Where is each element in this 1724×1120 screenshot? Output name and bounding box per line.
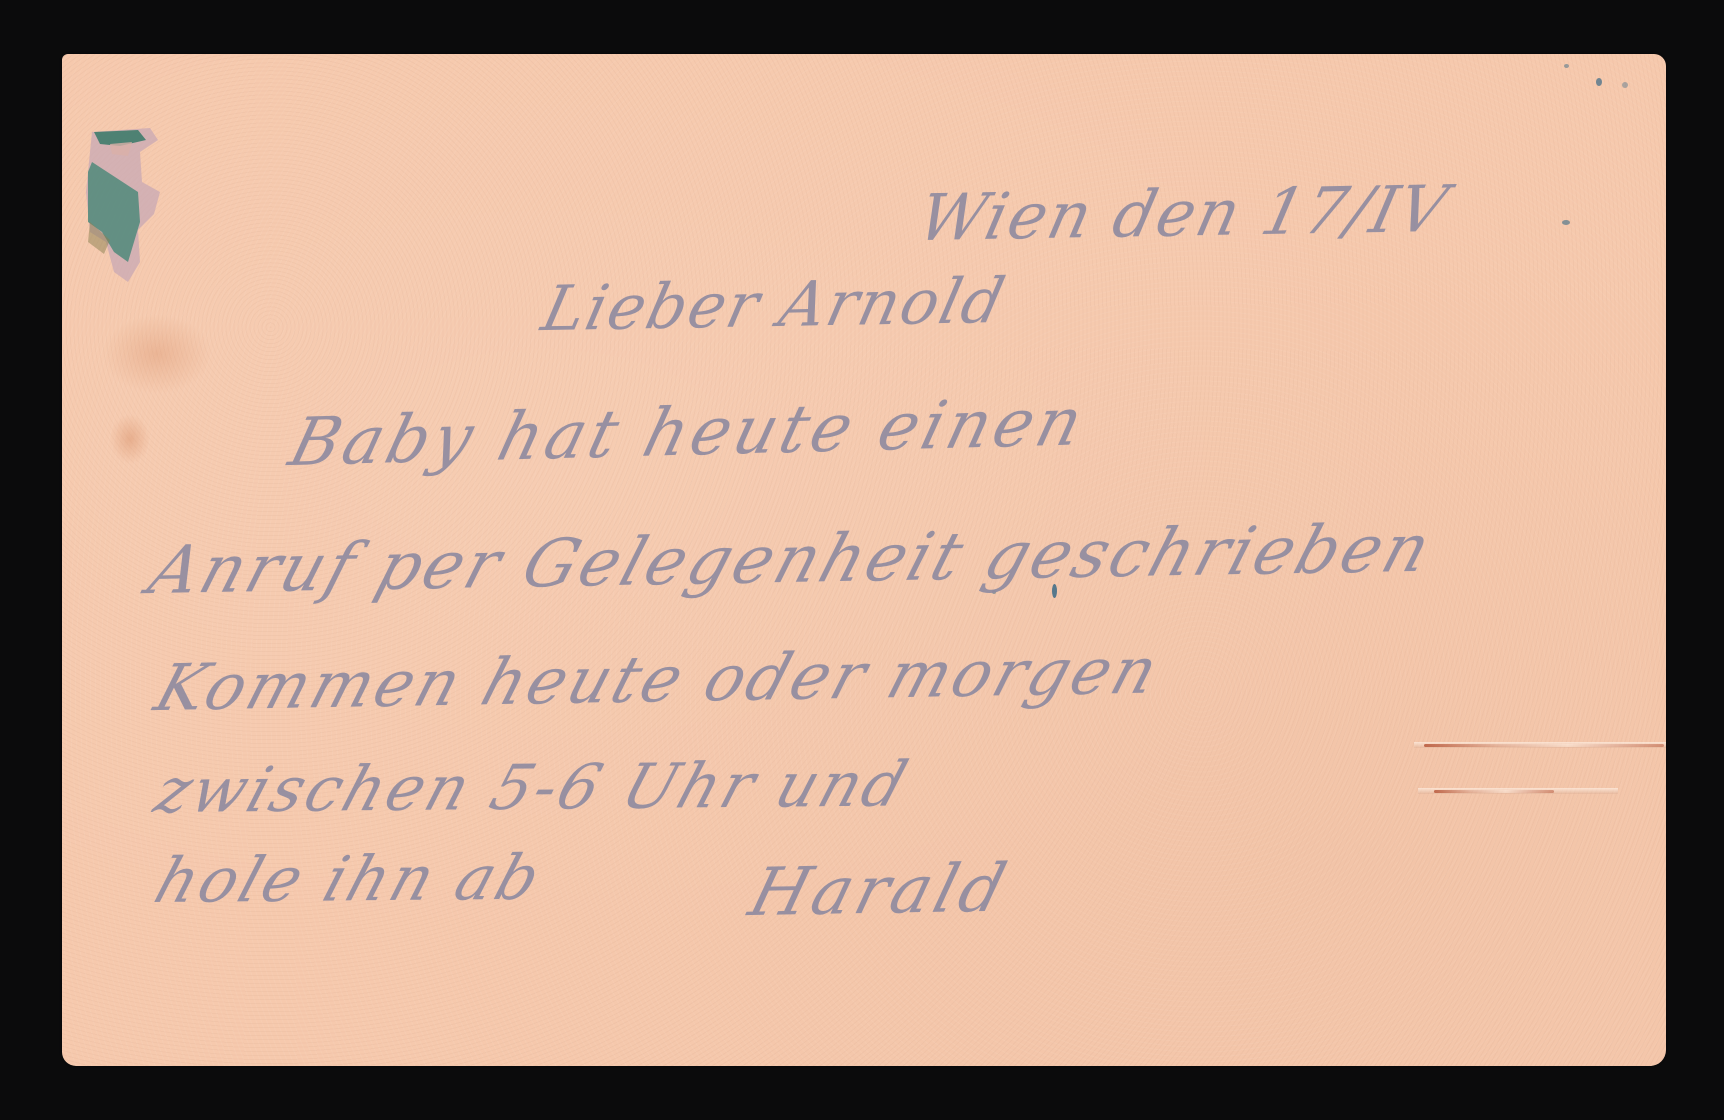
ink-fleck	[1562, 220, 1570, 225]
body-line: Baby hat heute einen	[282, 383, 1094, 481]
crease-stain	[1424, 744, 1664, 747]
scan-background: Wien den 17/IV Lieber Arnold Baby hat he…	[0, 0, 1724, 1120]
rust-stain	[102, 314, 212, 394]
stamp-remnant-icon	[80, 122, 170, 312]
date-line: Wien den 17/IV	[911, 173, 1456, 257]
crease-stain	[1434, 790, 1554, 793]
body-line: hole ihn ab	[146, 841, 552, 918]
body-line: zwischen 5-6 Uhr und	[146, 747, 918, 827]
rust-stain	[110, 414, 150, 464]
greeting: Lieber Arnold	[536, 264, 1013, 345]
ink-fleck	[1564, 64, 1569, 68]
signature: Harald	[742, 849, 1018, 931]
body-line: Kommen heute oder morgen	[147, 634, 1169, 726]
body-line: Anruf per Gelegenheit geschrieben	[140, 509, 1442, 609]
ink-fleck	[1622, 82, 1628, 88]
postcard: Wien den 17/IV Lieber Arnold Baby hat he…	[62, 54, 1666, 1066]
ink-fleck	[1596, 78, 1602, 86]
